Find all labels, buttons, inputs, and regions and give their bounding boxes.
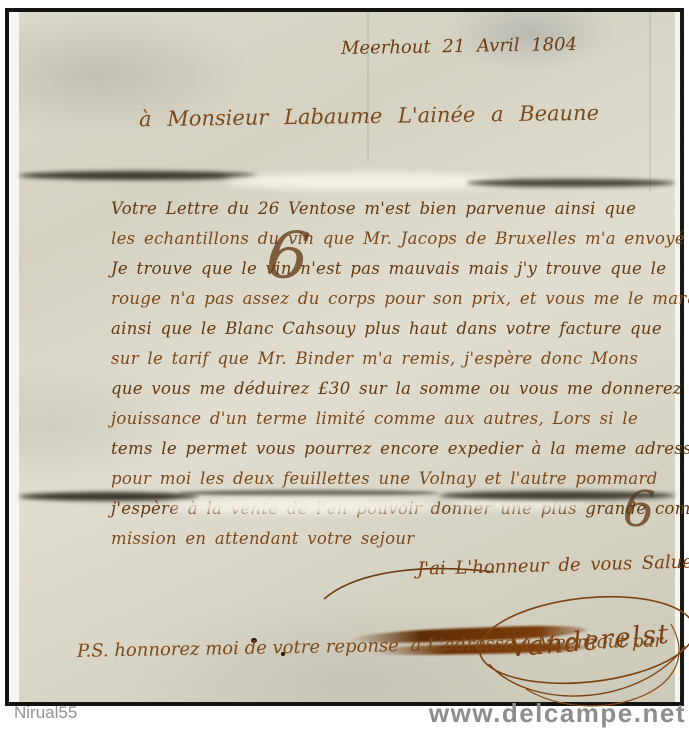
vertical-crease bbox=[649, 12, 651, 192]
delcampe-watermark: www.delcampe.net bbox=[429, 698, 686, 729]
body-line: sur le tarif que Mr. Binder m'a remis, j… bbox=[111, 344, 689, 374]
letter-address-line: à Monsieur Labaume L'ainée a Beaune bbox=[139, 101, 599, 131]
body-line: les echantillons du vin que Mr. Jacops d… bbox=[111, 224, 689, 254]
postscript-block: P.S. honnorez moi de votre reponse a L'a… bbox=[77, 621, 689, 669]
letter-closing: J'ai L'honneur de vous Saluer bbox=[417, 551, 689, 579]
body-line: que vous me déduirez £30 sur la somme ou… bbox=[111, 374, 689, 404]
seller-watermark: Nirual55 bbox=[14, 703, 77, 723]
body-line: Votre Lettre du 26 Ventose m'est bien pa… bbox=[111, 194, 689, 224]
body-line: j'espère à la vente de l'en pouvoir donn… bbox=[111, 494, 689, 524]
body-line: rouge n'a pas assez du corps pour son pr… bbox=[111, 284, 689, 314]
ps-line: Bruxelles et Diest bbox=[668, 627, 689, 651]
vertical-crease bbox=[367, 12, 369, 162]
letter-body: Votre Lettre du 26 Ventose m'est bien pa… bbox=[111, 194, 689, 554]
scanned-letter-page: Meerhout 21 Avril 1804 à Monsieur Labaum… bbox=[0, 0, 689, 730]
body-line: pour moi les deux feuillettes une Volnay… bbox=[111, 464, 689, 494]
letter-paper: Meerhout 21 Avril 1804 à Monsieur Labaum… bbox=[19, 12, 675, 702]
fold-crease-top bbox=[19, 158, 675, 194]
body-line: mission en attendant votre sejour bbox=[111, 524, 689, 554]
ink-flourish: 6 bbox=[621, 479, 657, 539]
ps-line: P.S. honnorez moi de votre reponse bbox=[77, 635, 399, 662]
body-line: tems le permet vous pourrez encore exped… bbox=[111, 434, 689, 464]
body-line: jouissance d'un terme limité comme aux a… bbox=[111, 404, 689, 434]
photo-frame: Meerhout 21 Avril 1804 à Monsieur Labaum… bbox=[5, 8, 684, 706]
ps-line: a L'adresse a Meerhout par bbox=[404, 631, 663, 657]
body-line: ainsi que le Blanc Cahsouy plus haut dan… bbox=[111, 314, 689, 344]
letter-dateline: Meerhout 21 Avril 1804 bbox=[341, 34, 577, 59]
body-line: Je trouve que le vin n'est pas mauvais m… bbox=[111, 254, 689, 284]
